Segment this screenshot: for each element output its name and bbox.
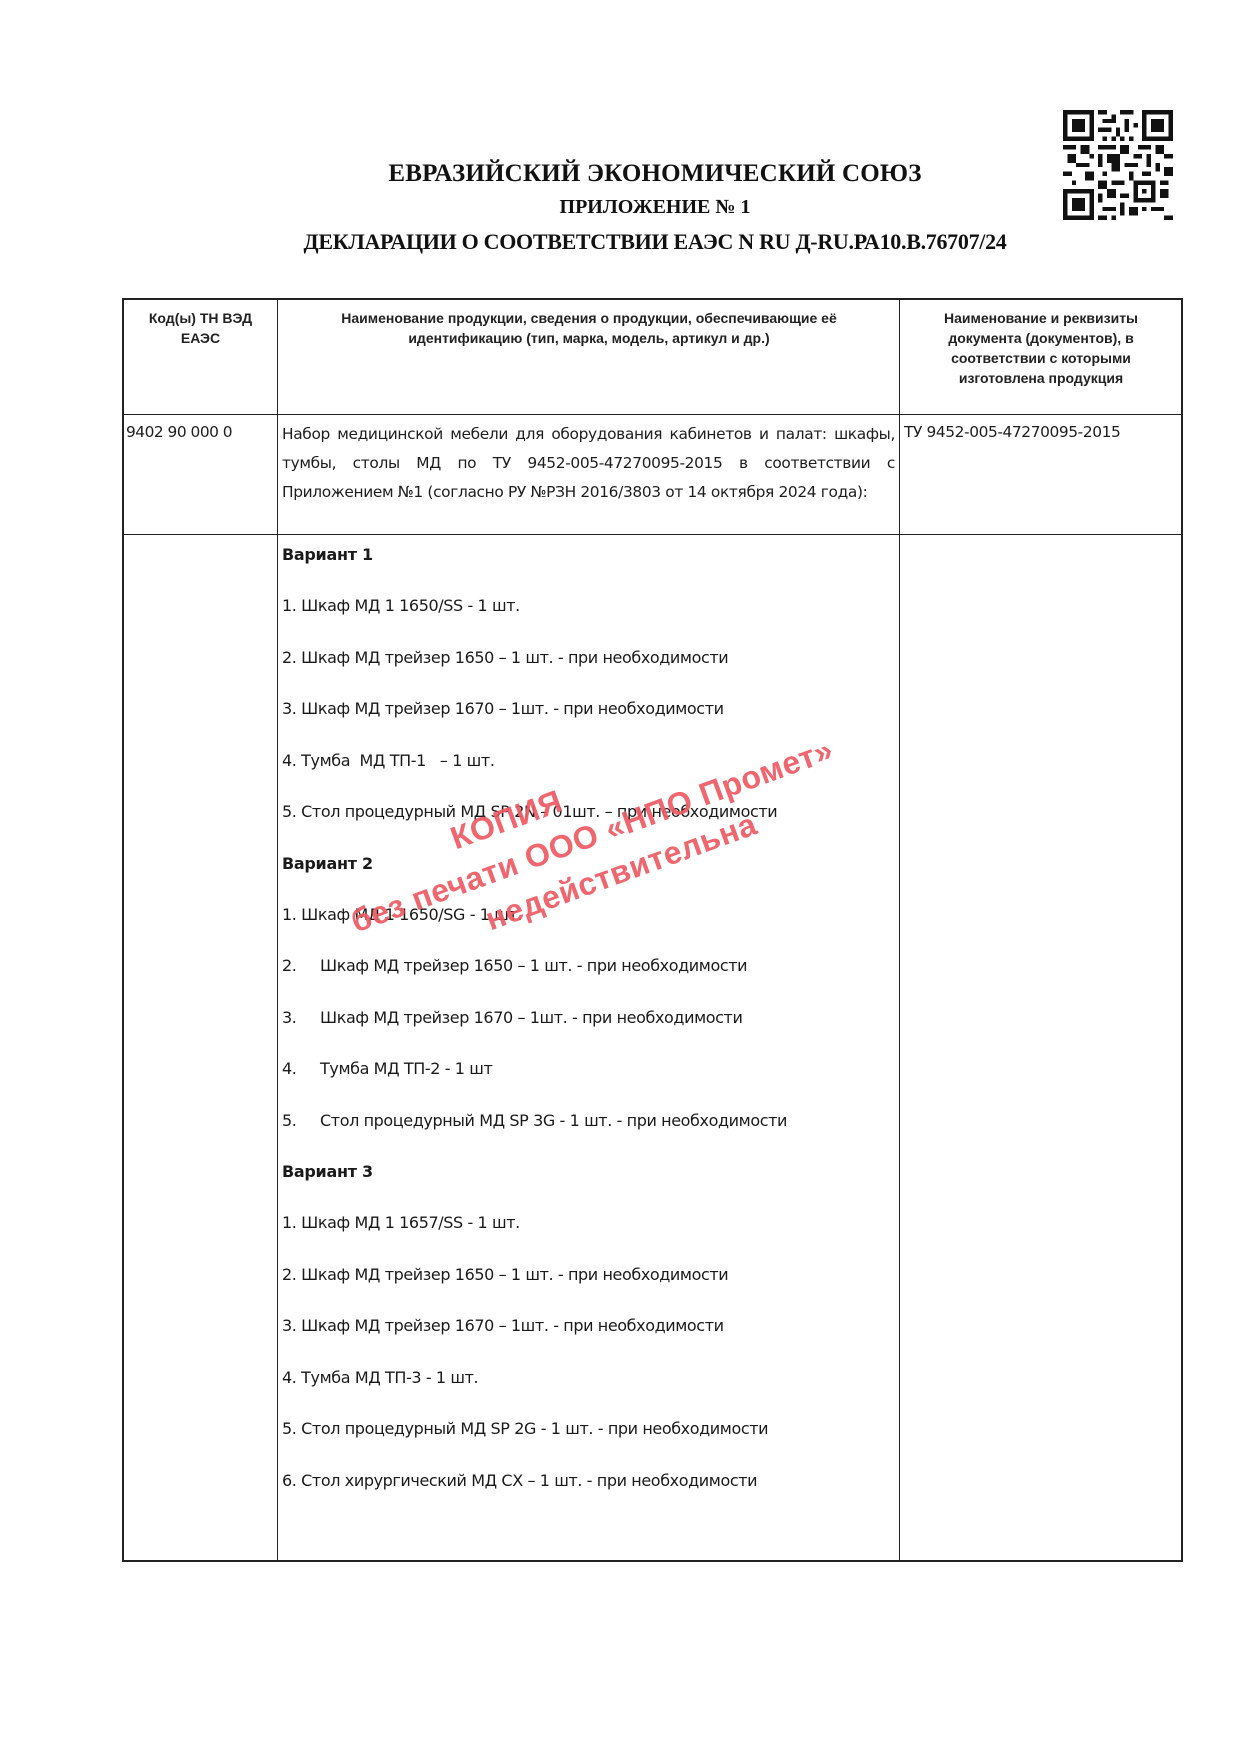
document-reference-cell: ТУ 9452-005-47270095-2015 [901, 417, 1181, 441]
product-description-cell: Набор медицинской мебели для оборудовани… [279, 416, 899, 507]
header-product-name: Наименование продукции, сведения о проду… [279, 300, 899, 414]
list-item: 3. Шкаф МД трейзер 1670 – 1шт. - при нео… [282, 1315, 899, 1337]
list-item-number: 6. [282, 1471, 301, 1490]
list-item: 4.Тумба МД ТП-2 - 1 шт [282, 1058, 899, 1080]
list-item: 5.Стол процедурный МД SP 3G - 1 шт. - пр… [282, 1110, 899, 1132]
list-item-text: Стол процедурный МД SP 2G - 1 шт. - при … [301, 1419, 768, 1438]
row-divider [124, 534, 1181, 535]
list-item: 5. Стол процедурный МД SP 2G - 1 шт. - п… [282, 1418, 899, 1440]
list-item-number: 1. [282, 905, 301, 924]
list-item-text: Шкаф МД трейзер 1650 – 1 шт. - при необх… [320, 956, 747, 975]
declaration-title: ДЕКЛАРАЦИИ О СООТВЕТСТВИИ ЕАЭС N RU Д-RU… [180, 229, 1130, 255]
list-item: 1. Шкаф МД 1 1650/SG - 1 шт. [282, 904, 899, 926]
list-item-text: Шкаф МД трейзер 1670 – 1шт. - при необхо… [301, 699, 723, 718]
list-item: 1. Шкаф МД 1 1657/SS - 1 шт. [282, 1212, 899, 1234]
variants-list: Вариант 11. Шкаф МД 1 1650/SS - 1 шт.2. … [279, 538, 899, 1521]
list-item-number: 5. [282, 1110, 320, 1132]
row-divider [124, 414, 1181, 415]
list-item-text: Стол процедурный МД SP 3G - 1 шт. - при … [320, 1111, 787, 1130]
list-item-text: Шкаф МД трейзер 1650 – 1 шт. - при необх… [301, 1265, 728, 1284]
list-item-number: 5. [282, 802, 301, 821]
list-item-number: 1. [282, 596, 301, 615]
list-item-text: Шкаф МД трейзер 1650 – 1 шт. - при необх… [301, 648, 728, 667]
list-item-number: 3. [282, 699, 301, 718]
list-item-text: Тумба МД ТП-1 – 1 шт. [301, 751, 494, 770]
variant-title: Вариант 2 [282, 853, 899, 875]
header-hs-codes: Код(ы) ТН ВЭД ЕАЭС [124, 300, 277, 414]
list-item-number: 5. [282, 1419, 301, 1438]
list-item: 3. Шкаф МД трейзер 1670 – 1шт. - при нео… [282, 698, 899, 720]
list-item-number: 1. [282, 1213, 301, 1232]
list-item: 4. Тумба МД ТП-3 - 1 шт. [282, 1367, 899, 1389]
list-item-text: Стол процедурный МД SP 2N – 01шт. – при … [301, 802, 777, 821]
products-table: Код(ы) ТН ВЭД ЕАЭС Наименование продукци… [122, 298, 1183, 1562]
list-item: 5. Стол процедурный МД SP 2N – 01шт. – п… [282, 801, 899, 823]
list-item-text: Шкаф МД трейзер 1670 – 1шт. - при необхо… [301, 1316, 723, 1335]
list-item-text: Шкаф МД 1 1657/SS - 1 шт. [301, 1213, 520, 1232]
list-item-number: 4. [282, 751, 301, 770]
list-item: 2. Шкаф МД трейзер 1650 – 1 шт. - при не… [282, 1264, 899, 1286]
list-item-text: Шкаф МД трейзер 1670 – 1шт. - при необхо… [320, 1008, 742, 1027]
list-item: 1. Шкаф МД 1 1650/SS - 1 шт. [282, 595, 899, 617]
list-item-text: Тумба МД ТП-2 - 1 шт [320, 1059, 492, 1078]
variant-title: Вариант 3 [282, 1161, 899, 1183]
list-item-text: Тумба МД ТП-3 - 1 шт. [301, 1368, 478, 1387]
list-item-number: 3. [282, 1316, 301, 1335]
header-documents: Наименование и реквизиты документа (доку… [901, 300, 1181, 414]
list-item: 6. Стол хирургический МД СХ – 1 шт. - пр… [282, 1470, 899, 1492]
declaration-appendix-page: ЕВРАЗИЙСКИЙ ЭКОНОМИЧЕСКИЙ СОЮЗ ПРИЛОЖЕНИ… [0, 0, 1240, 1754]
list-item: 2.Шкаф МД трейзер 1650 – 1 шт. - при нео… [282, 955, 899, 977]
list-item: 4. Тумба МД ТП-1 – 1 шт. [282, 750, 899, 772]
list-item-number: 2. [282, 1265, 301, 1284]
list-item-number: 4. [282, 1368, 301, 1387]
list-item-text: Стол хирургический МД СХ – 1 шт. - при н… [301, 1471, 757, 1490]
list-item: 3.Шкаф МД трейзер 1670 – 1шт. - при необ… [282, 1007, 899, 1029]
list-item-number: 2. [282, 648, 301, 667]
variant-title: Вариант 1 [282, 544, 899, 566]
union-title: ЕВРАЗИЙСКИЙ ЭКОНОМИЧЕСКИЙ СОЮЗ [230, 160, 1080, 188]
hs-code-cell: 9402 90 000 0 [124, 417, 277, 441]
list-item-text: Шкаф МД 1 1650/SS - 1 шт. [301, 596, 520, 615]
list-item: 2. Шкаф МД трейзер 1650 – 1 шт. - при не… [282, 647, 899, 669]
column-divider [277, 300, 278, 1560]
list-item-text: Шкаф МД 1 1650/SG - 1 шт. [301, 905, 522, 924]
list-item-number: 4. [282, 1058, 320, 1080]
appendix-title: ПРИЛОЖЕНИЕ № 1 [230, 196, 1080, 219]
list-item-number: 2. [282, 955, 320, 977]
list-item-number: 3. [282, 1007, 320, 1029]
column-divider [899, 300, 900, 1560]
